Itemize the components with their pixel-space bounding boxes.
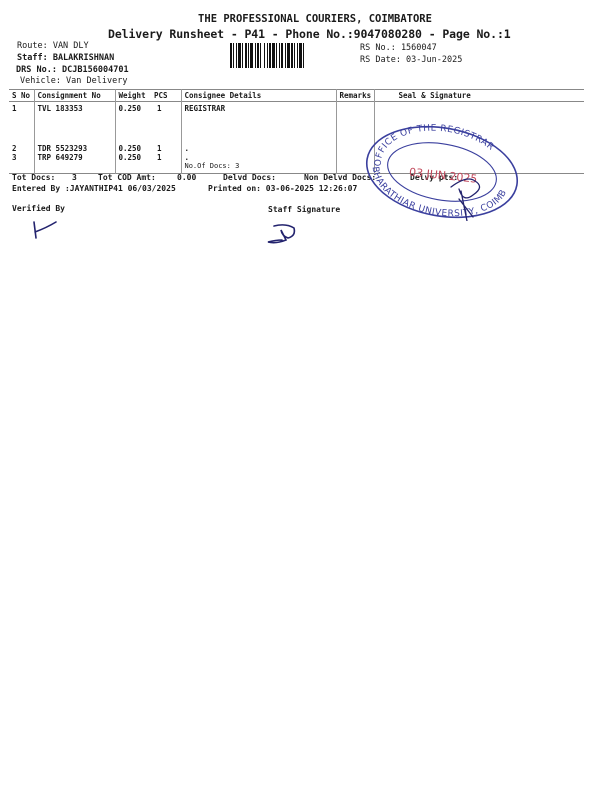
company-title: THE PROFESSIONAL COURIERS, COIMBATORE	[0, 13, 600, 25]
staff-signature-icon	[262, 222, 302, 248]
col-remarks: Remarks	[336, 90, 374, 102]
col-sno: S No	[9, 90, 34, 102]
sno-cell: 1 2 3	[9, 102, 34, 174]
no-of-docs: No.Of Docs: 3	[185, 162, 333, 171]
staff: Staff: BALAKRISHNAN	[17, 53, 114, 63]
tot-docs-value: 3	[72, 173, 77, 182]
staff-signature-label: Staff Signature	[268, 205, 340, 214]
route: Route: VAN DLY	[17, 41, 89, 51]
verified-by-label: Verified By	[12, 204, 65, 213]
barcode-icon	[230, 43, 350, 68]
printed-on: Printed on: 03-06-2025 12:26:07	[208, 184, 357, 193]
pcs-cell: 1 1 1	[151, 102, 181, 174]
col-weight: Weight	[115, 90, 151, 102]
consignment-cell: TVL 183353 TDR 5523293 TRP 649279	[34, 102, 115, 174]
tot-cod-label: Tot COD Amt:	[98, 173, 156, 182]
drs-number: DRS No.: DCJB156004701	[16, 65, 129, 75]
col-pcs: PCS	[151, 90, 181, 102]
verified-signature-icon	[30, 216, 66, 242]
col-consignment: Consignment No	[34, 90, 115, 102]
tot-cod-value: 0.00	[177, 173, 196, 182]
official-seal-stamp-icon: OFFICE OF THE REGISTRAR BHARATHIAR UNIVE…	[363, 123, 521, 221]
tot-docs-label: Tot Docs:	[12, 173, 55, 182]
rs-number: RS No.: 1560047	[360, 43, 437, 53]
col-consignee: Consignee Details	[181, 90, 336, 102]
delvd-docs-label: Delvd Docs:	[223, 173, 276, 182]
vehicle: Vehicle: Van Delivery	[20, 76, 127, 86]
consignee-cell: REGISTRAR . . No.Of Docs: 3	[181, 102, 336, 174]
stamp-date: 03 JUN 2025	[408, 166, 477, 186]
rs-date: RS Date: 03-Jun-2025	[360, 55, 462, 65]
weight-cell: 0.250 0.250 0.250	[115, 102, 151, 174]
table-header-row: S No Consignment No Weight PCS Consignee…	[9, 90, 584, 102]
runsheet-subtitle: Delivery Runsheet - P41 - Phone No.:9047…	[108, 27, 511, 41]
entered-by: Entered By :JAYANTHIP41 06/03/2025	[12, 184, 176, 193]
col-seal: Seal & Signature	[374, 90, 584, 102]
